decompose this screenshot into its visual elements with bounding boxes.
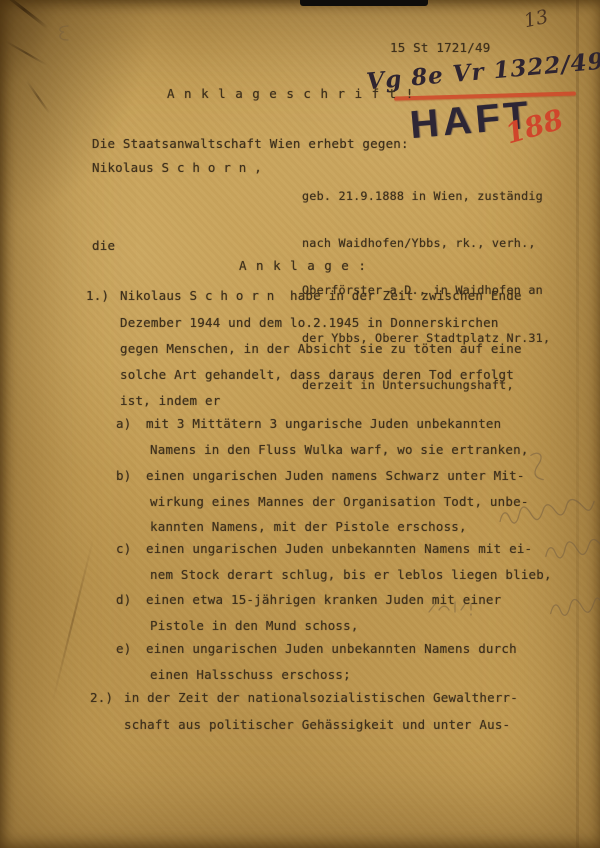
charge-1c-label: c) bbox=[116, 541, 131, 556]
corner-damage-streak bbox=[5, 40, 48, 66]
handwritten-page-number: 13 bbox=[522, 6, 550, 33]
pencil-scribble-annotation bbox=[542, 533, 600, 564]
charge-1e-line: einen ungarischen Juden unbekannten Name… bbox=[146, 641, 517, 656]
charge-1b-line: einen ungarischen Juden namens Schwarz u… bbox=[146, 468, 525, 483]
pencil-scribble-annotation bbox=[54, 22, 74, 44]
diagonal-crease bbox=[51, 537, 94, 702]
detail-line: nach Waidhofen/Ybbs, rk., verh., bbox=[302, 236, 550, 252]
corner-damage-streak bbox=[26, 80, 51, 114]
charge-1-line: ist, indem er bbox=[120, 393, 220, 408]
charge-1e-line: einen Halsschuss erschoss; bbox=[150, 667, 351, 682]
defendant-name: Nikolaus S c h o r n , bbox=[92, 160, 262, 175]
pencil-scribble-annotation bbox=[547, 592, 600, 621]
charge-2-line: in der Zeit der nationalsozialistischen … bbox=[124, 690, 518, 705]
charge-1d-label: d) bbox=[116, 592, 131, 607]
charge-1-line: gegen Menschen, in der Absicht sie zu tö… bbox=[120, 341, 522, 356]
scan-edge-artifact bbox=[300, 0, 428, 6]
charge-2-number: 2.) bbox=[90, 690, 113, 705]
charge-heading: A n k l a g e : bbox=[239, 258, 367, 273]
charge-1a-line: Namens in den Fluss Wulka warf, wo sie e… bbox=[150, 442, 529, 457]
scanned-document-page: 13 15 St 1721/49 Vg 8e Vr 1322/49 HAFT 1… bbox=[0, 0, 600, 848]
charge-1a-line: mit 3 Mittätern 3 ungarische Juden unbek… bbox=[146, 416, 501, 431]
die-word: die bbox=[92, 238, 115, 253]
charge-1-line: Nikolaus S c h o r n habe in der Zeit zw… bbox=[120, 288, 522, 303]
charge-1-number: 1.) bbox=[86, 288, 109, 303]
vertical-crease bbox=[576, 0, 579, 848]
charge-1b-line: wirkung eines Mannes der Organisation To… bbox=[150, 494, 529, 509]
charge-1c-line: einen ungarischen Juden unbekannten Name… bbox=[146, 541, 532, 556]
charge-1b-label: b) bbox=[116, 468, 131, 483]
charge-1d-line: Pistole in den Mund schoss, bbox=[150, 618, 359, 633]
charge-1b-line: kannten Namens, mit der Pistole erschoss… bbox=[150, 519, 467, 534]
typed-file-number: 15 St 1721/49 bbox=[390, 40, 490, 55]
charge-1-line: Dezember 1944 und dem lo.2.1945 in Donne… bbox=[120, 315, 499, 330]
detail-line: geb. 21.9.1888 in Wien, zuständig bbox=[302, 189, 550, 205]
pencil-scribble-annotation bbox=[425, 598, 475, 618]
pencil-scribble-annotation bbox=[524, 448, 556, 486]
charge-1a-label: a) bbox=[116, 416, 131, 431]
charge-1e-label: e) bbox=[116, 641, 131, 656]
charge-1-line: solche Art gehandelt, dass daraus deren … bbox=[120, 367, 514, 382]
document-title: A n k l a g e s c h r i f t ! bbox=[167, 86, 414, 101]
prosecutor-line: Die Staatsanwaltschaft Wien erhebt gegen… bbox=[92, 136, 409, 151]
charge-2-line: schaft aus politischer Gehässigkeit und … bbox=[124, 717, 510, 732]
corner-damage-streak bbox=[0, 0, 49, 29]
charge-1c-line: nem Stock derart schlug, bis er leblos l… bbox=[150, 567, 552, 582]
